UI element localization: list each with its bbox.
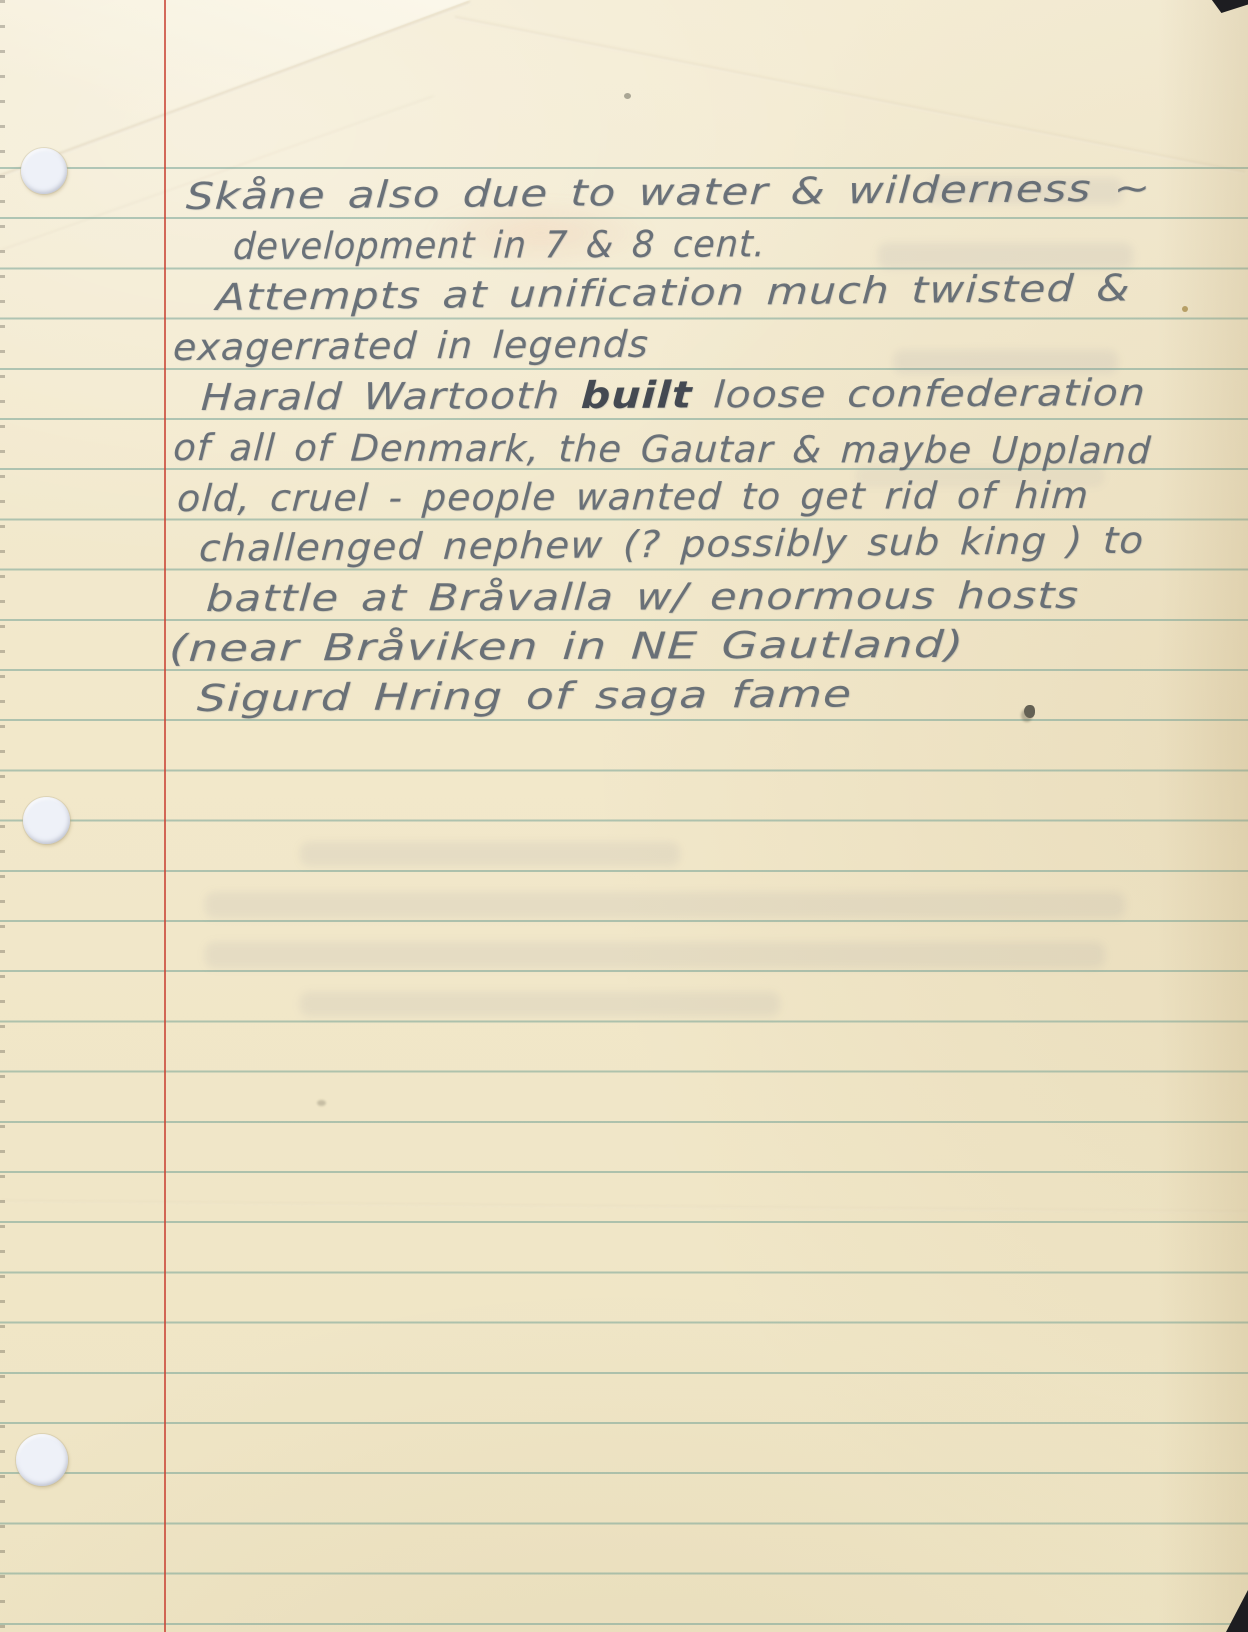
red-margin-line — [164, 0, 166, 1632]
perforated-edge — [0, 0, 5, 1632]
bleed-through-smudge — [300, 992, 780, 1016]
punch-hole-middle — [23, 797, 70, 844]
handwritten-line: Attempts at unification much twisted & — [215, 263, 1132, 321]
paper-smudge — [317, 1100, 326, 1106]
paper-speck — [1182, 306, 1188, 312]
punch-hole-bottom — [16, 1434, 68, 1486]
punch-hole-top — [21, 148, 67, 194]
handwritten-line: old, cruel - people wanted to get rid of… — [176, 471, 1090, 522]
paper-speck — [624, 93, 631, 99]
handwritten-line: of all of Denmark, the Gautar & maybe Up… — [172, 423, 1153, 474]
handwritten-line: exagerrated in legends — [172, 320, 650, 371]
handwritten-line: challenged nephew (? possibly sub king )… — [198, 516, 1145, 572]
line-segment: Harald Wartooth — [200, 374, 582, 419]
bleed-through-smudge — [205, 892, 1125, 918]
right-edge-shading — [1158, 0, 1248, 1632]
handwritten-line: Sigurd Hring of saga fame — [196, 669, 853, 722]
line-segment: loose confederation — [692, 371, 1147, 416]
bleed-through-smudge — [205, 942, 1105, 968]
overwritten-word: built — [580, 373, 694, 417]
handwritten-line: (near Bråviken in NE Gautland) — [168, 620, 965, 672]
handwritten-line: Harald Wartooth built loose confederatio… — [200, 368, 1147, 421]
scanned-page-stage: Skåne also due to water & wilderness ~ d… — [0, 0, 1248, 1632]
bleed-through-smudge — [300, 842, 680, 866]
ink-blot — [1024, 705, 1035, 718]
handwritten-line: Skåne also due to water & wilderness ~ — [185, 164, 1152, 220]
handwritten-line: battle at Bråvalla w/ enormous hosts — [205, 571, 1080, 622]
handwritten-line: development in 7 & 8 cent. — [232, 219, 767, 270]
